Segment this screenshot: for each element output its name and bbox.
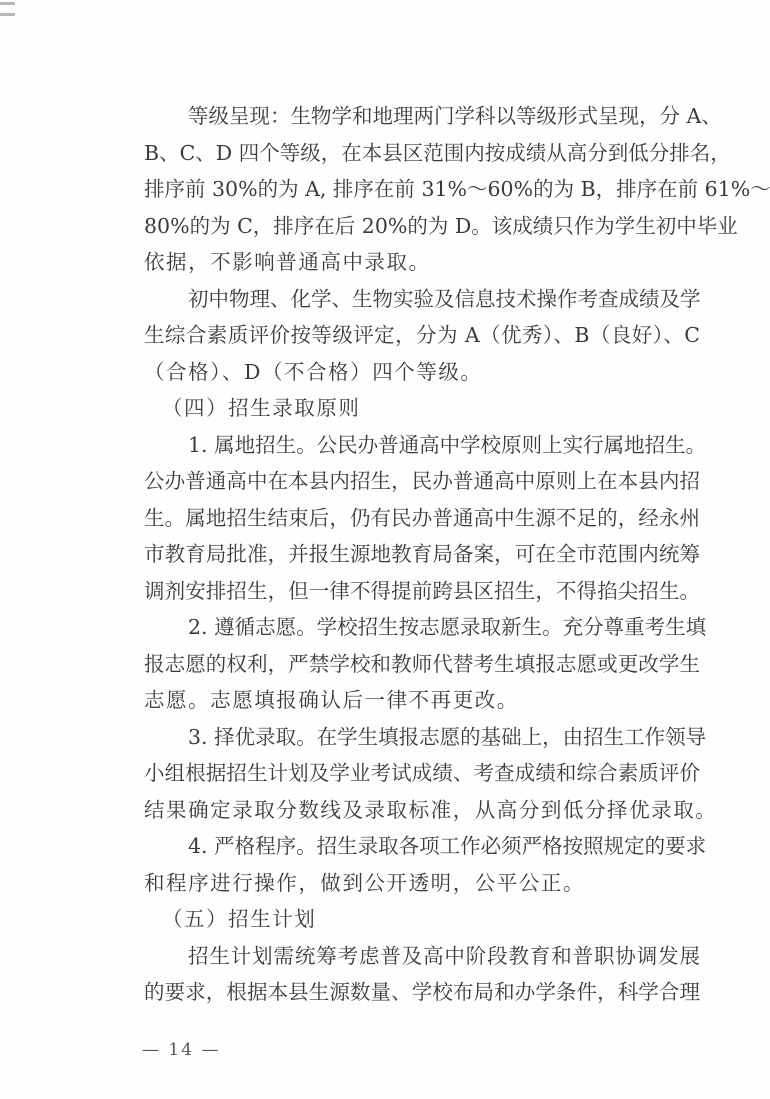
- paragraph-principle-3: 3. 择优录取。在学生填报志愿的基础上，由招生工作领导 小组根据招生计划及学业考…: [144, 719, 700, 829]
- text-line: 市教育局批准，并报生源地教育局备案，可在全市范围内统筹: [144, 536, 700, 573]
- text-line: 2. 遵循志愿。学校招生按志愿录取新生。充分尊重考生填: [144, 609, 700, 646]
- text-line: 3. 择优录取。在学生填报志愿的基础上，由招生工作领导: [144, 719, 700, 756]
- paragraph-grade-presentation: 等级呈现：生物学和地理两门学科以等级形式呈现，分 A、 B、C、D 四个等级，在…: [144, 98, 700, 281]
- text-line: 80%的为 C，排序在后 20%的为 D。该成绩只作为学生初中毕业: [144, 208, 700, 245]
- text-line: 招生计划需统筹考虑普及高中阶段教育和普职协调发展: [144, 938, 700, 975]
- text-line: 依据，不影响普通高中录取。: [144, 244, 700, 281]
- section-heading-enrollment-plan: （五）招生计划: [144, 901, 700, 938]
- text-line: 生。属地招生结束后，仍有民办普通高中生源不足的，经永州: [144, 500, 700, 537]
- text-line: 结果确定录取分数线及录取标准，从高分到低分择优录取。: [144, 792, 700, 829]
- page-number: — 14 —: [142, 1040, 220, 1060]
- paragraph-enrollment-plan: 招生计划需统筹考虑普及高中阶段教育和普职协调发展 的要求，根据本县生源数量、学校…: [144, 938, 700, 1011]
- paragraph-principle-1: 1. 属地招生。公民办普通高中学校原则上实行属地招生。 公办普通高中在本县内招生…: [144, 427, 700, 610]
- body-text: 等级呈现：生物学和地理两门学科以等级形式呈现，分 A、 B、C、D 四个等级，在…: [144, 98, 700, 1011]
- text-line: 等级呈现：生物学和地理两门学科以等级形式呈现，分 A、: [144, 98, 700, 135]
- paragraph-principle-2: 2. 遵循志愿。学校招生按志愿录取新生。充分尊重考生填 报志愿的权利，严禁学校和…: [144, 609, 700, 719]
- text-line: B、C、D 四个等级，在本县区范围内按成绩从高分到低分排名，: [144, 135, 700, 172]
- text-line: 4. 严格程序。招生录取各项工作必须严格按照规定的要求: [144, 828, 700, 865]
- text-line: 1. 属地招生。公民办普通高中学校原则上实行属地招生。: [144, 427, 700, 464]
- paragraph-principle-4: 4. 严格程序。招生录取各项工作必须严格按照规定的要求 和程序进行操作，做到公开…: [144, 828, 700, 901]
- text-line: 公办普通高中在本县内招生，民办普通高中原则上在本县内招: [144, 463, 700, 500]
- text-line: 小组根据招生计划及学业考试成绩、考查成绩和综合素质评价: [144, 755, 700, 792]
- text-line: 初中物理、化学、生物实验及信息技术操作考查成绩及学: [144, 281, 700, 318]
- scan-edge-mark: [0, 2, 15, 5]
- text-line: 报志愿的权利，严禁学校和教师代替考生填报志愿或更改学生: [144, 646, 700, 683]
- paragraph-practical-exam-grades: 初中物理、化学、生物实验及信息技术操作考查成绩及学 生综合素质评价按等级评定，分…: [144, 281, 700, 391]
- text-line: （合格）、D（不合格）四个等级。: [144, 354, 700, 391]
- text-line: 排序前 30%的为 A, 排序在前 31%～60%的为 B，排序在前 61%～: [144, 171, 700, 208]
- heading-text: （四）招生录取原则: [144, 390, 700, 427]
- text-line: 的要求，根据本县生源数量、学校布局和办学条件，科学合理: [144, 974, 700, 1011]
- text-line: 调剂安排招生，但一律不得提前跨县区招生，不得掐尖招生。: [144, 573, 700, 610]
- text-line: 志愿。志愿填报确认后一律不再更改。: [144, 682, 700, 719]
- text-line: 和程序进行操作，做到公开透明，公平公正。: [144, 865, 700, 902]
- heading-text: （五）招生计划: [144, 901, 700, 938]
- document-page: 等级呈现：生物学和地理两门学科以等级形式呈现，分 A、 B、C、D 四个等级，在…: [0, 0, 770, 1099]
- section-heading-admission-principles: （四）招生录取原则: [144, 390, 700, 427]
- text-line: 生综合素质评价按等级评定，分为 A（优秀）、B（良好）、C: [144, 317, 700, 354]
- scan-edge-mark: [0, 13, 15, 16]
